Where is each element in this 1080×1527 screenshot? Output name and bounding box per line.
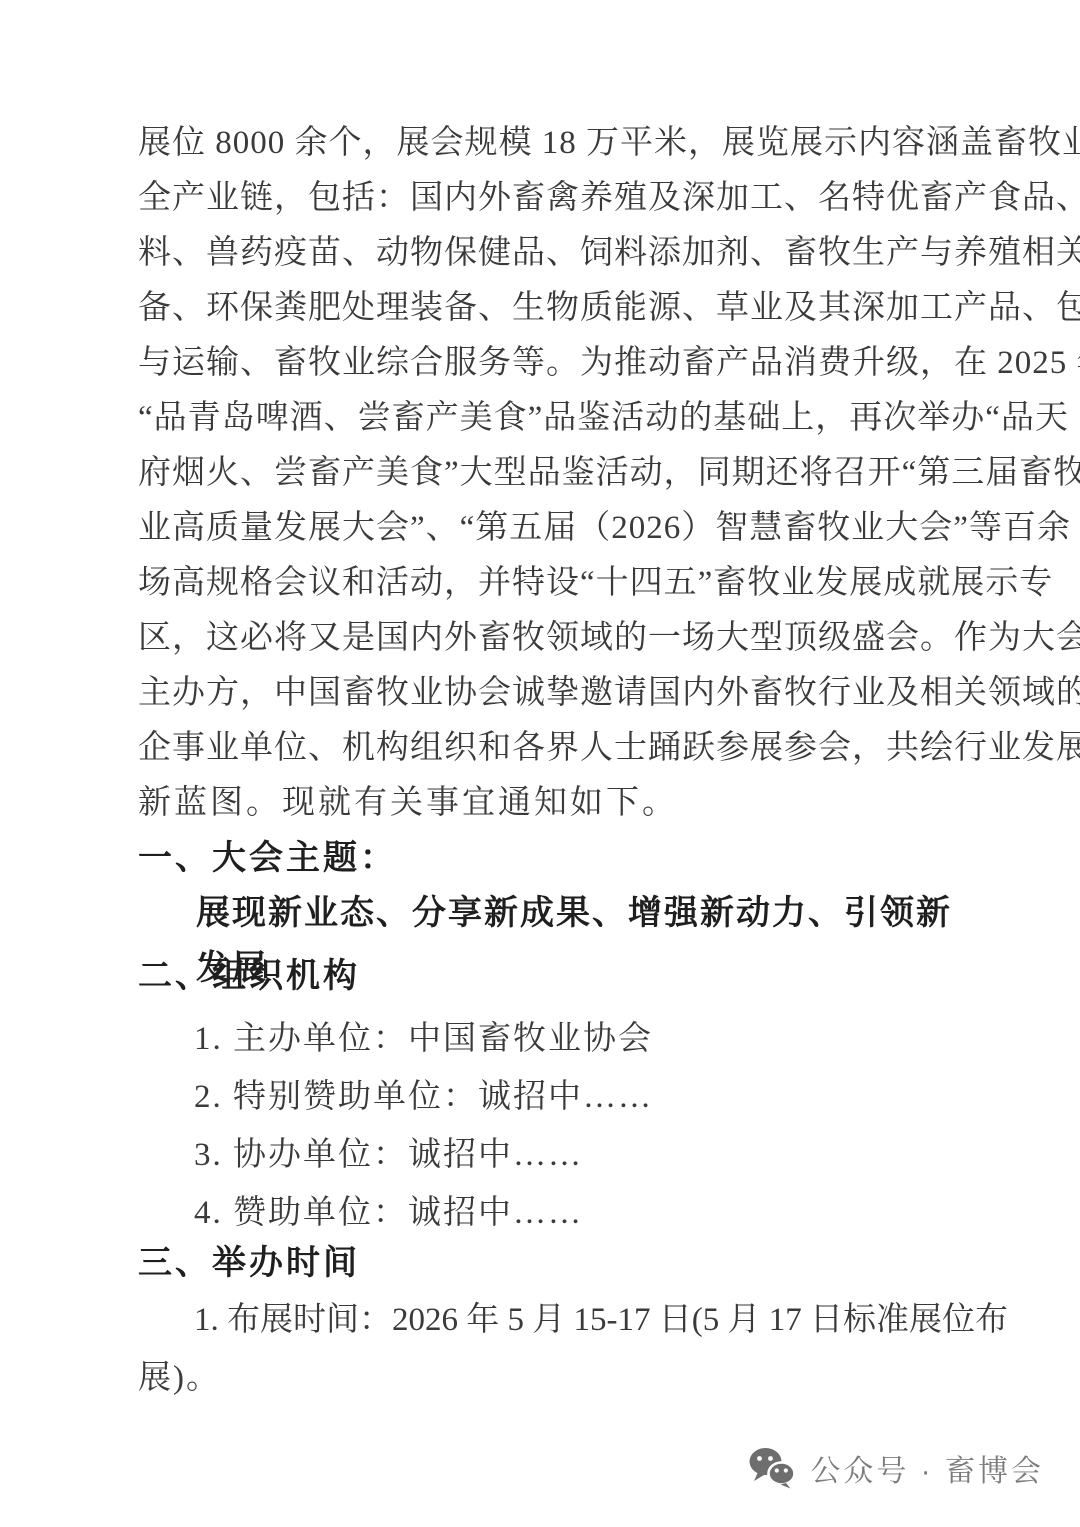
body-line: “品青岛啤酒、尝畜产美食”品鉴活动的基础上，再次举办“品天	[138, 391, 962, 446]
org-item-host: 1. 主办单位：中国畜牧业协会	[138, 1010, 962, 1068]
org-item-sponsor: 4. 赞助单位：诚招中……	[138, 1184, 962, 1242]
schedule-item-setup-time: 1. 布展时间：2026 年 5 月 15-17 日(5 月 17 日标准展位布	[138, 1291, 962, 1349]
wechat-footer: 公众号 · 畜博会	[748, 1446, 1044, 1490]
body-line: 府烟火、尝畜产美食”大型品鉴活动，同期还将召开“第三届畜牧	[138, 446, 962, 501]
theme-content: 展现新业态、分享新成果、增强新动力、引领新发展	[138, 886, 962, 941]
body-line: 料、兽药疫苗、动物保健品、饲料添加剂、畜牧生产与养殖相关装	[138, 226, 962, 281]
body-line: 区，这必将又是国内外畜牧领域的一场大型顶级盛会。作为大会	[138, 611, 962, 666]
body-line: 展位 8000 余个，展会规模 18 万平米，展览展示内容涵盖畜牧业	[138, 116, 962, 171]
body-line: 业高质量发展大会”、“第五届（2026）智慧畜牧业大会”等百余	[138, 501, 962, 556]
body-line: 备、环保粪肥处理装备、生物质能源、草业及其深加工产品、包装	[138, 281, 962, 336]
body-paragraph: 展位 8000 余个，展会规模 18 万平米，展览展示内容涵盖畜牧业 全产业链，…	[138, 116, 962, 831]
footer-label: 公众号 · 畜博会	[810, 1446, 1044, 1490]
body-line: 新蓝图。现就有关事宜通知如下。	[138, 776, 962, 831]
schedule-item-setup-time-continued: 展)。	[138, 1349, 962, 1407]
org-item-special-sponsor: 2. 特别赞助单位：诚招中……	[138, 1068, 962, 1126]
body-line: 企事业单位、机构组织和各界人士踊跃参展参会，共绘行业发展	[138, 721, 962, 776]
document-content: 展位 8000 余个，展会规模 18 万平米，展览展示内容涵盖畜牧业 全产业链，…	[138, 116, 962, 1407]
section-heading-theme: 一、大会主题：	[138, 831, 962, 886]
body-line: 场高规格会议和活动，并特设“十四五”畜牧业发展成就展示专	[138, 556, 962, 611]
body-line: 全产业链，包括：国内外畜禽养殖及深加工、名特优畜产食品、饲	[138, 171, 962, 226]
org-item-co-organizer: 3. 协办单位：诚招中……	[138, 1126, 962, 1184]
document-page: 展位 8000 余个，展会规模 18 万平米，展览展示内容涵盖畜牧业 全产业链，…	[0, 0, 1080, 1527]
section-heading-organization: 二、组织机构	[138, 949, 962, 1004]
body-line: 与运输、畜牧业综合服务等。为推动畜产品消费升级，在 2025 年	[138, 336, 962, 391]
section-heading-schedule: 三、举办时间	[138, 1236, 962, 1291]
body-line: 主办方，中国畜牧业协会诚挚邀请国内外畜牧行业及相关领域的	[138, 666, 962, 721]
wechat-icon	[748, 1447, 796, 1489]
